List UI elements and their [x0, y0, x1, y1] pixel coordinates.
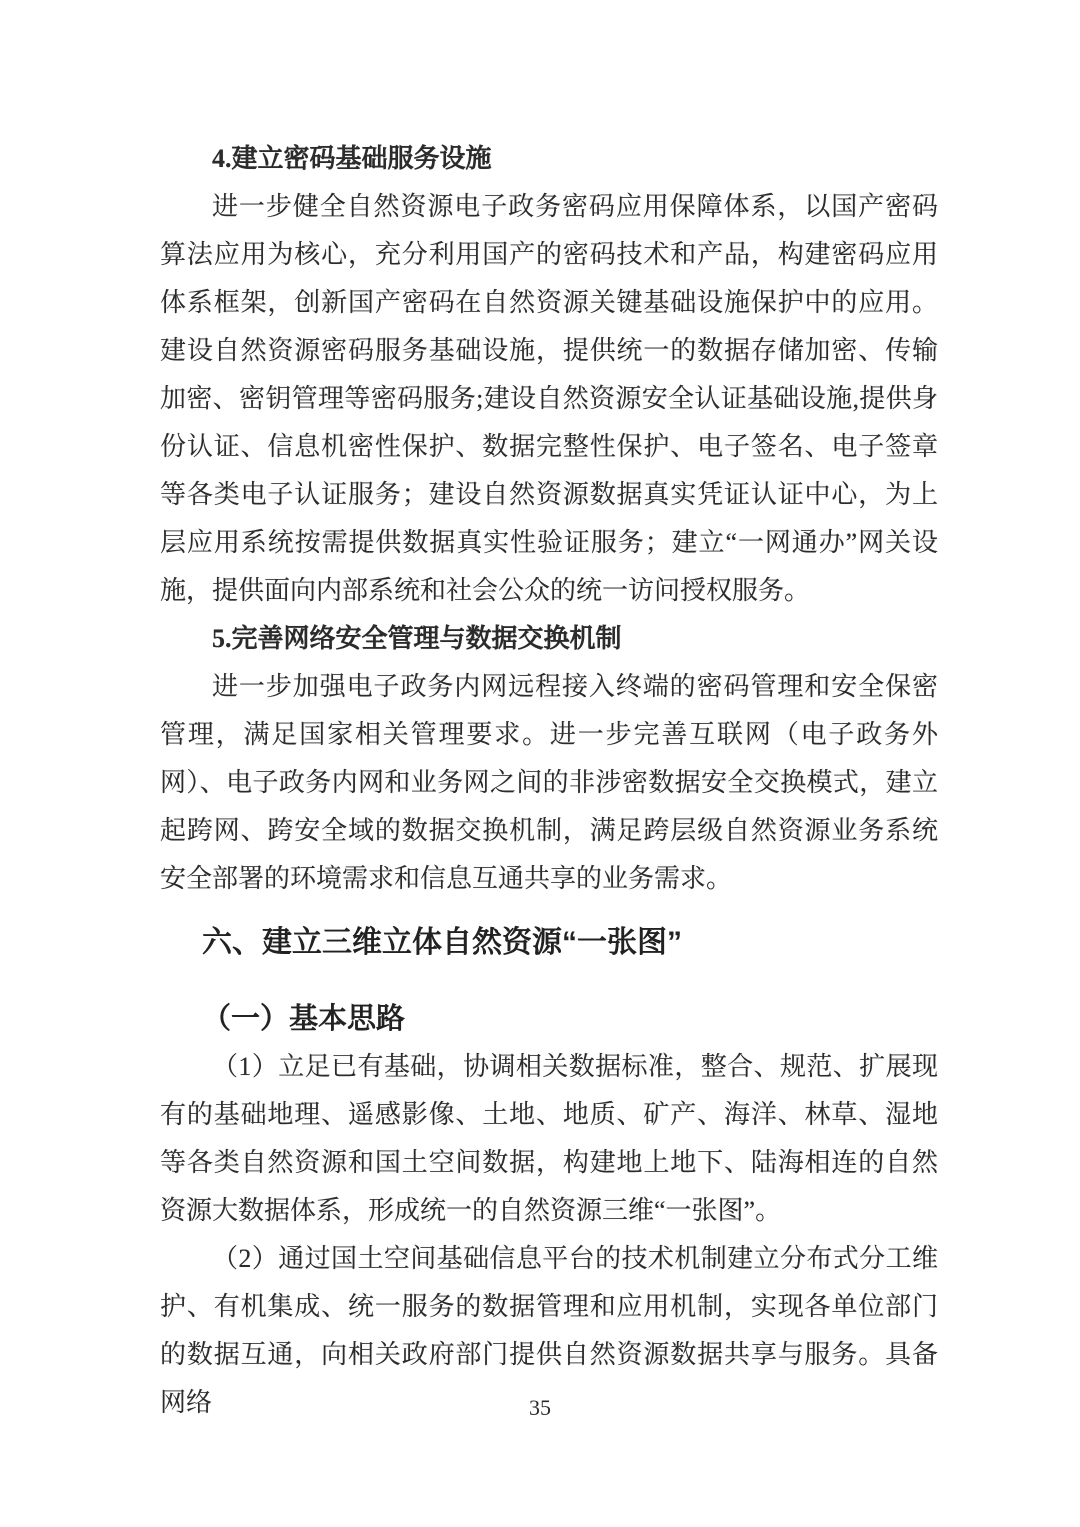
paragraph-section-4: 进一步健全自然资源电子政务密码应用保障体系，以国产密码算法应用为核心，充分利用国…: [160, 183, 938, 615]
heading-subsection-basic-idea: （一）基本思路: [160, 995, 938, 1043]
document-page: 4.建立密码基础服务设施 进一步健全自然资源电子政务密码应用保障体系，以国产密码…: [0, 0, 1080, 1527]
paragraph-point-1: （1）立足已有基础，协调相关数据标准，整合、规范、扩展现有的基础地理、遥感影像、…: [160, 1043, 938, 1235]
heading-section-4: 4.建立密码基础服务设施: [160, 135, 938, 183]
heading-chapter-6: 六、建立三维立体自然资源“一张图”: [160, 919, 938, 967]
paragraph-section-5: 进一步加强电子政务内网远程接入终端的密码管理和安全保密管理，满足国家相关管理要求…: [160, 663, 938, 903]
page-number: 35: [0, 1393, 1080, 1423]
heading-section-5: 5.完善网络安全管理与数据交换机制: [160, 615, 938, 663]
document-content: 4.建立密码基础服务设施 进一步健全自然资源电子政务密码应用保障体系，以国产密码…: [160, 135, 938, 1427]
